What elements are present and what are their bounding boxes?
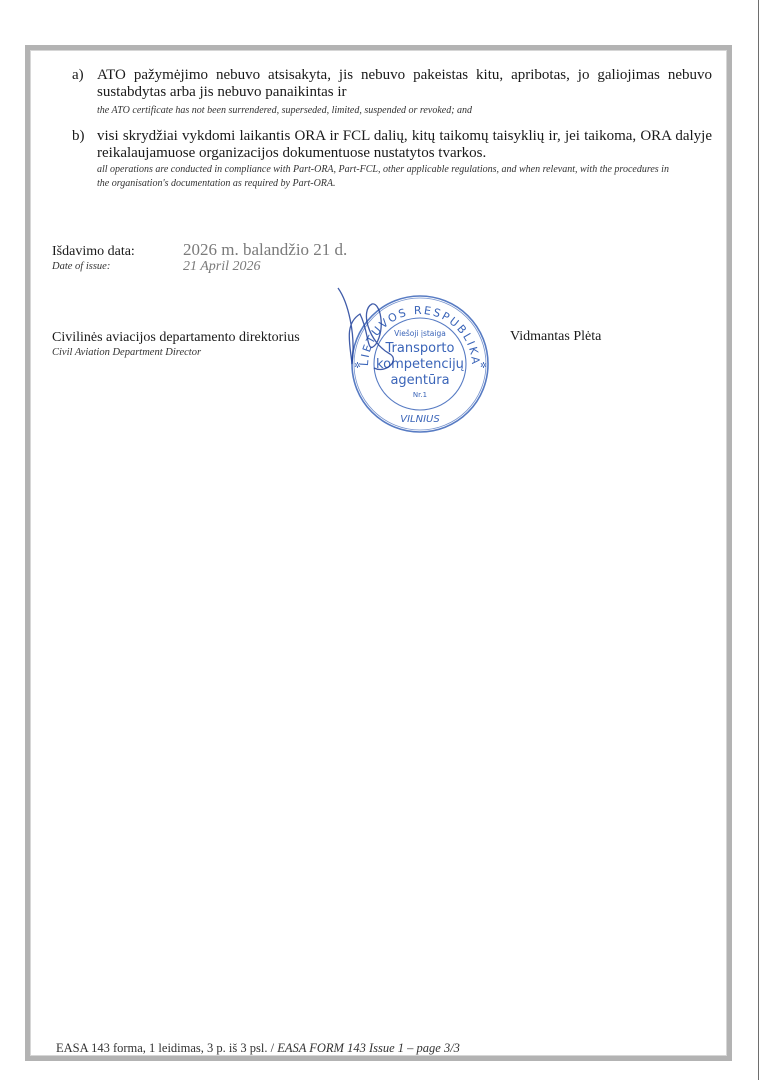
condition-a-en: the ATO certificate has not been surrend… [97,103,712,118]
condition-b: b) visi skrydžiai vykdomi laikantis ORA … [52,128,712,191]
official-stamp: LIETUVOS RESPUBLIKA VILNIUS Viešoji įsta… [330,284,510,439]
issue-date-en: 21 April 2026 [183,259,261,275]
issue-date-lt: 2026 m. balandžio 21 d. [183,240,347,260]
svg-text:✲: ✲ [480,361,487,370]
signatory-name: Vidmantas Plėta [510,329,601,345]
scan-edge-line [758,0,759,1080]
condition-a-lt-line2: sustabdytas arba jis nebuvo panaikintas … [97,84,712,101]
issue-date-label-en: Date of issue: [52,261,110,272]
stamp-number: Nr.1 [413,391,427,399]
page-border [25,45,732,1061]
item-label: b) [72,128,85,145]
stamp-line4: agentūra [390,373,449,388]
issue-date-label-lt: Išdavimo data: [52,244,135,260]
condition-a: a) ATO pažymėjimo nebuvo atsisakyta, jis… [52,67,712,118]
footer-lt: EASA 143 forma, 1 leidimas, 3 p. iš 3 ps… [56,1041,274,1055]
svg-text:✲: ✲ [354,361,361,370]
condition-a-lt-line1: ATO pažymėjimo nebuvo atsisakyta, jis ne… [97,67,712,84]
signatory-title-en: Civil Aviation Department Director [52,347,201,358]
item-label: a) [72,67,84,84]
condition-b-en-line2: the organisation's documentation as requ… [97,177,712,191]
condition-b-en-line1: all operations are conducted in complian… [97,163,712,177]
condition-b-lt-line1: visi skrydžiai vykdomi laikantis ORA ir … [97,128,712,145]
condition-b-lt-line2: reikalaujamuose organizacijos dokumentuo… [97,145,712,162]
stamp-ring-bottom: VILNIUS [400,414,440,425]
signatory-title-lt: Civilinės aviacijos departamento direkto… [52,330,300,346]
page-footer: EASA 143 forma, 1 leidimas, 3 p. iš 3 ps… [56,1041,460,1056]
stamp-line1: Viešoji įstaiga [394,329,446,338]
footer-en: EASA FORM 143 Issue 1 – page 3/3 [277,1041,460,1055]
stamp-line3: kompetencijų [376,357,464,372]
stamp-line2: Transporto [385,341,455,356]
stamp-seal-icon: LIETUVOS RESPUBLIKA VILNIUS Viešoji įsta… [330,284,510,434]
